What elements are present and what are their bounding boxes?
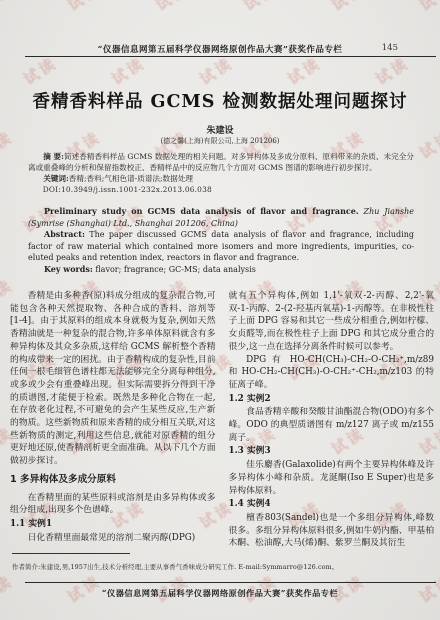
article-title: 香精香料样品 GCMS 检测数据处理问题探讨 (0, 88, 440, 113)
page-number: 145 (382, 43, 398, 53)
header-rule (25, 56, 436, 57)
english-abstract-label: Abstract: (44, 229, 85, 239)
running-footer: “仪器信息网第五届科学仪器网络原创作品大赛”获奖作品专栏 (0, 588, 440, 599)
scanned-paper-page: 试读试读试读试读试读试读试读试读试读试读试读试读试读试读试读试读试读试读试读试读… (0, 0, 440, 620)
keywords-cn: 关键词:香精;香料;气相色谱-质谱法;数据处理 (28, 173, 414, 184)
body-paragraph: 在香精里面的某些原料或溶剂是由多异构体或多组分组成,出现多个色谱峰。 (10, 492, 216, 517)
keywords-cn-label: 关键词: (43, 174, 69, 183)
subsection-heading-1-4: 1.4 实例4 (229, 498, 435, 511)
subsection-heading-1-2: 1.2 实例2 (229, 393, 435, 406)
left-column: 香精是由多种香(原)料成分组成的复杂混合物,可能包含各种天然提取物、各种合成的香… (10, 290, 216, 550)
footer-rule (25, 582, 436, 583)
abstract-cn-text: 简述香精香料样品 GCMS 数据处理的相关问题。对多异构体及多成分原料、原料带来… (28, 152, 414, 172)
chinese-abstract-block: 摘 要:简述香精香料样品 GCMS 数据处理的相关问题。对多异构体及多成分原料、… (28, 151, 414, 195)
subsection-heading-1-3: 1.3 实例3 (229, 445, 435, 458)
doi-line: DOI:10.3949/j.issn.1001-232x.2013.06.038 (28, 184, 414, 195)
section-heading-1: 1 多异构体及多成分原料 (10, 474, 216, 487)
body-paragraph: 食品香精辛酸和癸酸甘油酯混合物(ODO)有多个峰。ODO 的典型质谱图有 m/z… (229, 406, 435, 444)
body-paragraph: 就有五个异构体,例如 1,1'-氧双-2-丙醇、2,2'-氧双-1-丙醇、2-(… (229, 290, 435, 354)
body-paragraph: 檀香803(Sandel)也是一个多组分异构体,峰数很多。多组分异构体原料很多,… (229, 512, 435, 550)
two-column-body: 香精是由多种香(原)料成分组成的复杂混合物,可能包含各种天然提取物、各种合成的香… (10, 290, 434, 550)
english-abstract-text: The paper discussed GCMS data analysis o… (28, 230, 414, 262)
body-paragraph: 佳乐麝香(Galaxolide)有两个主要异构体峰及许多异构体小峰和杂质。龙涎酮… (229, 459, 435, 497)
author-name: 朱建设 (0, 123, 440, 136)
english-title: Preliminary study on GCMS data analysis … (44, 206, 359, 216)
english-keywords-text: flavor; fragrance; GC-MS; data analysis (93, 265, 256, 274)
running-header: “仪器信息网第五届科学仪器网络原创作品大赛”获奖作品专栏 (0, 43, 440, 55)
body-paragraph: DPG 有 HO-CH(CH₃)-CH₂-O-CH₂⁺,m/z89 和 HO-C… (229, 354, 435, 392)
subsection-heading-1-1: 1.1 实例1 (10, 518, 216, 531)
abstract-cn: 摘 要:简述香精香料样品 GCMS 数据处理的相关问题。对多异构体及多成分原料、… (28, 151, 414, 173)
english-keywords: Key words: flavor; fragrance; GC-MS; dat… (28, 264, 414, 276)
page-content: “仪器信息网第五届科学仪器网络原创作品大赛”获奖作品专栏 145 香精香料样品 … (0, 0, 440, 620)
english-abstract-block: Preliminary study on GCMS data analysis … (28, 206, 414, 276)
body-paragraph: 日化香精里面最常见的溶剂二聚丙醇(DPG) (10, 532, 216, 545)
footnote-rule (12, 553, 130, 554)
right-column: 就有五个异构体,例如 1,1'-氧双-2-丙醇、2,2'-氧双-1-丙醇、2-(… (229, 290, 435, 550)
english-abstract: Abstract: The paper discussed GCMS data … (28, 229, 414, 264)
keywords-cn-text: 香精;香料;气相色谱-质谱法;数据处理 (69, 174, 193, 183)
body-paragraph: 香精是由多种香(原)料成分组成的复杂混合物,可能包含各种天然提取物、各种合成的香… (10, 290, 216, 468)
abstract-cn-label: 摘 要: (43, 152, 64, 161)
author-bio-footnote: 作者简介:朱建设,男,1957出生,技术分析经理,主要从事香气香味成分研究工作.… (12, 562, 430, 571)
author-affiliation: (德之馨(上海)有限公司,上海 201206) (0, 136, 440, 146)
english-keywords-label: Key words: (44, 264, 93, 274)
english-title-line: Preliminary study on GCMS data analysis … (28, 206, 414, 229)
